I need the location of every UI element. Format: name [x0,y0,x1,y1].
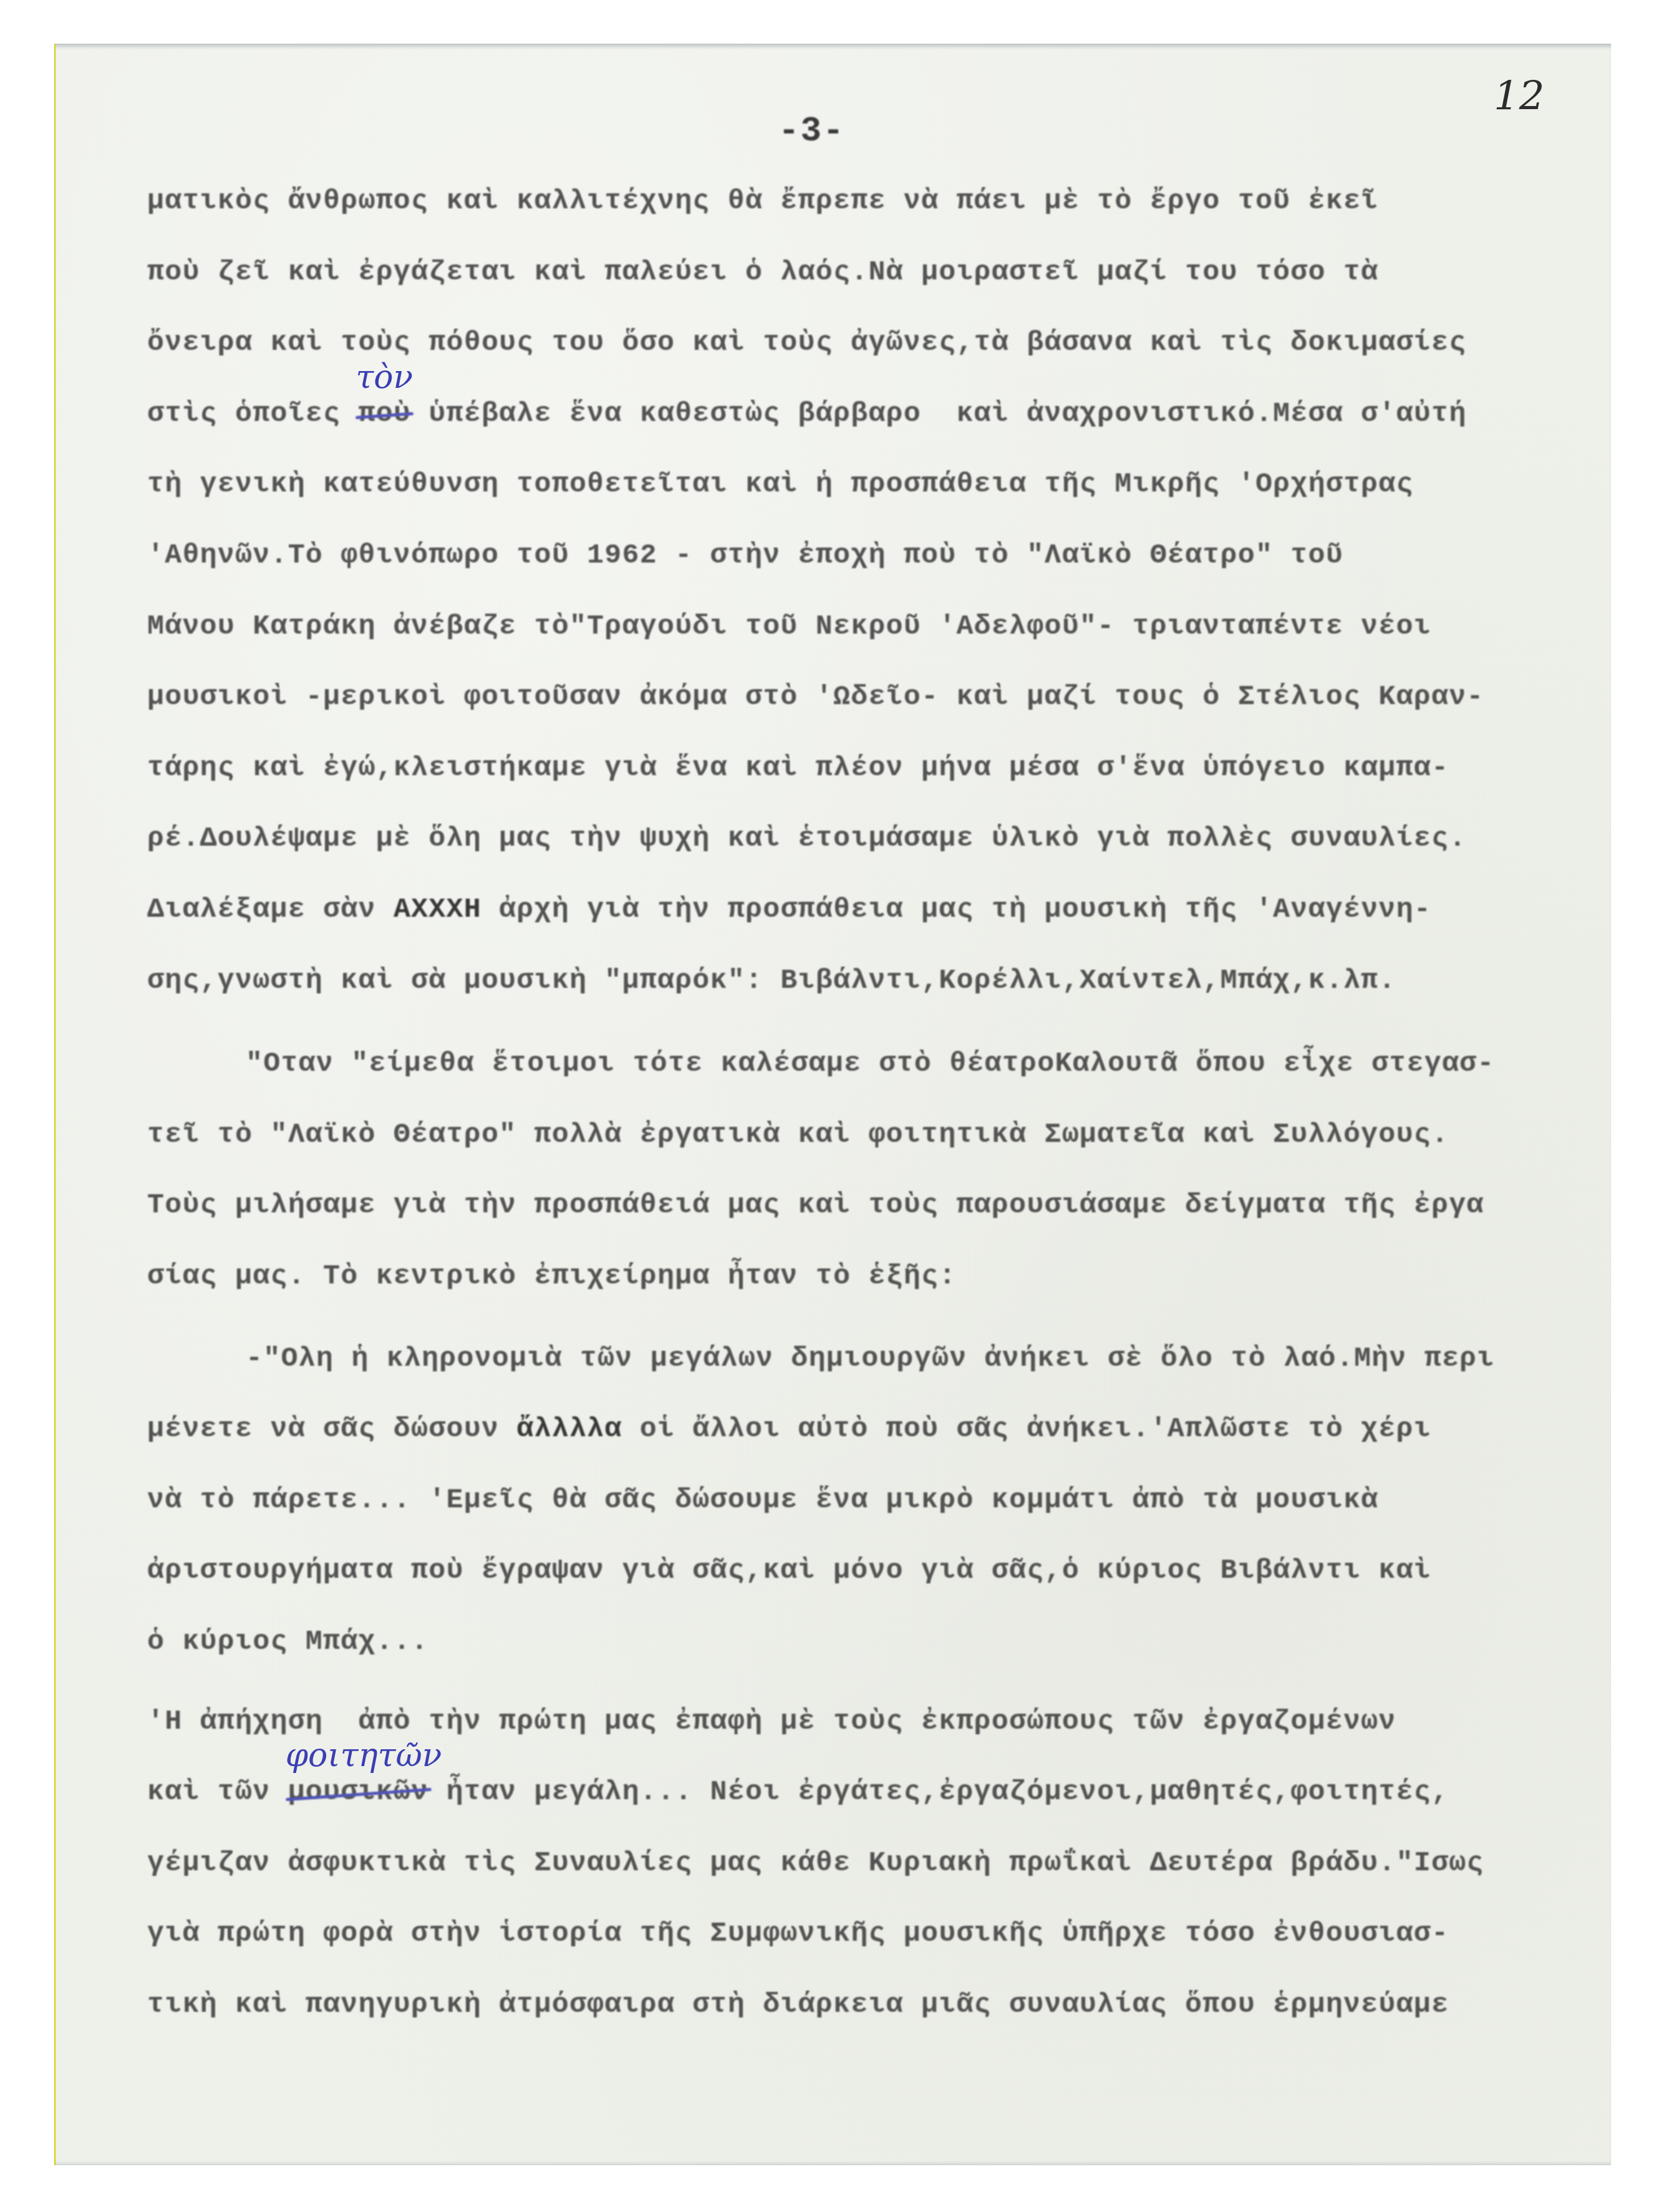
text-line: τὴ γενικὴ κατεύθυνση τοποθετεῖται καὶ ἡ … [147,470,1414,498]
text-line: -"Ολη ἡ κληρονομιὰ τῶν μεγάλων δημιουργῶ… [246,1345,1495,1373]
text-line: μουσικοὶ -μερικοὶ φοιτοῦσαν ἀκόμα στὸ 'Ω… [147,683,1484,711]
handwritten-folio-number: 12 [1494,74,1544,120]
text-line: νὰ τὸ πάρετε... 'Εμεῖς θὰ σᾶς δώσουμε ἕν… [147,1486,1378,1514]
text-line: Διαλέξαμε σὰν ΑΧΧΧΗ ἀρχὴ γιὰ τὴν προσπάθ… [147,896,1431,924]
text-line: ματικὸς ἄνθρωπος καὶ καλλιτέχνης θὰ ἔπρε… [147,187,1378,215]
typed-over-word: ΑΧΧΧΗ [394,894,481,925]
text-line: τικὴ καὶ πανηγυρικὴ ἀτμόσφαιρα στὴ διάρκ… [147,1991,1449,2019]
text-segment: μένετε νὰ σᾶς δώσουν [147,1413,516,1445]
text-segment: Διαλέξαμε σὰν [147,894,394,925]
text-line: ὁ κύριος Μπάχ... [147,1628,428,1656]
text-line: ἀριστουργήματα ποὺ ἔγραψαν γιὰ σᾶς,καὶ μ… [147,1557,1431,1585]
text-line: ὄνειρα καὶ τοὺς πόθους του ὅσο καὶ τοὺς … [147,329,1466,357]
text-line: γέμιζαν ἀσφυκτικὰ τὶς Συναυλίες μας κάθε… [147,1849,1484,1877]
text-line: Μάνου Κατράκη ἀνέβαζε τὸ"Τραγούδι τοῦ Νε… [147,612,1431,640]
text-line: σίας μας. Τὸ κεντρικὸ ἐπιχείρημα ἦταν τὸ… [147,1262,956,1290]
text-segment: ἦταν μεγάλη... Νέοι ἐργάτες,ἐργαζόμενοι,… [428,1776,1449,1808]
page-marker: -3- [778,111,845,151]
text-line: 'Αθηνῶν.Τὸ φθινόπωρο τοῦ 1962 - στὴν ἐπο… [147,541,1343,569]
text-segment: ὑπέβαλε ἕνα καθεστὼς βάρβαρο καὶ ἀναχρον… [411,398,1466,430]
text-line: ποὺ ζεῖ καὶ ἐργάζεται καὶ παλεύει ὁ λαός… [147,258,1378,286]
text-segment: στὶς ὁποῖες [147,398,358,430]
text-segment: ἀρχὴ γιὰ τὴν προσπάθεια μας τὴ μουσικὴ τ… [481,894,1431,925]
typed-over-word: ἄλλλλα [516,1413,622,1445]
text-segment: οἱ ἄλλοι αὐτὸ ποὺ σᾶς ἀνήκει.'Απλῶστε τὸ… [622,1413,1431,1445]
text-line: 'Η ἀπήχηση ἀπὸ τὴν πρώτη μας ἐπαφὴ μὲ το… [147,1707,1396,1736]
text-line: γιὰ πρώτη φορὰ στὴν ἱστορία τῆς Συμφωνικ… [147,1920,1449,1948]
text-segment: καὶ τῶν [147,1776,288,1808]
text-line: σης,γνωστὴ καὶ σὰ μουσικὴ "μπαρόκ": Βιβά… [147,967,1396,995]
text-line: τεῖ τὸ "Λαϊκὸ Θέατρο" πολλὰ ἐργατικὰ καὶ… [147,1121,1449,1149]
text-line: μένετε νὰ σᾶς δώσουν ἄλλλλα οἱ ἄλλοι αὐτ… [147,1415,1431,1443]
text-line: καὶ τῶν μουσικῶν ἦταν μεγάλη... Νέοι ἐργ… [147,1778,1449,1806]
struck-word: μουσικῶν [288,1778,429,1806]
text-line: ρέ.Δουλέψαμε μὲ ὅλη μας τὴν ψυχὴ καὶ ἑτο… [147,824,1466,852]
text-line: στὶς ὁποῖες ποὺ ὑπέβαλε ἕνα καθεστὼς βάρ… [147,400,1466,428]
struck-word: ποὺ [358,400,411,428]
text-line: Τοὺς μιλήσαμε γιὰ τὴν προσπάθειά μας καὶ… [147,1191,1484,1219]
handwritten-correction: τὸν [356,361,413,394]
text-line: "Οταν "είμεθα ἕτοιμοι τότε καλέσαμε στὸ … [246,1050,1495,1078]
handwritten-correction: φοιτητῶν [286,1739,442,1772]
text-line: τάρης καὶ ἐγώ,κλειστήκαμε γιὰ ἕνα καὶ πλ… [147,754,1449,782]
